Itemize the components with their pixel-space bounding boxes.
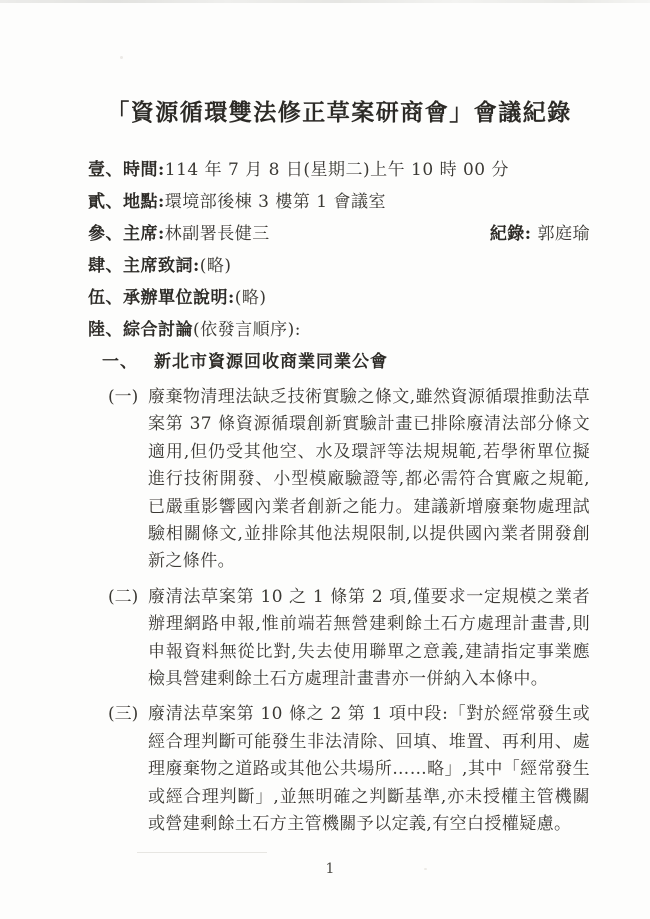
paragraph-item-2: (二) 廢清法草案第 10 之 1 條第 2 項,僅要求一定規模之業者辦理網路申… <box>88 584 590 694</box>
paragraph-item-1: (一) 廢棄物清理法缺乏技術實驗之條文,雖然資源循環推動法草案第 37 條資源循… <box>88 384 590 576</box>
paragraph-text: 廢清法草案第 10 條之 2 第 1 項中段:「對於經常發生或經合理判斷可能發生… <box>148 704 590 834</box>
section-heading-marker: 一、 <box>102 352 138 372</box>
scan-line-artifact <box>137 852 267 853</box>
section-heading: 一、新北市資源回收商業同業公會 <box>88 350 590 374</box>
document-content: 「資源循環雙法修正草案研商會」會議紀錄 壹、時間: 114 年 7 月 8 日(… <box>88 0 590 847</box>
paragraph-marker: (三) <box>108 701 138 728</box>
meta-value: 環境部後棟 3 樓第 1 會議室 <box>165 190 386 214</box>
section-heading-text: 新北市資源回收商業同業公會 <box>154 352 388 372</box>
scanned-document-page: 「資源循環雙法修正草案研商會」會議紀錄 壹、時間: 114 年 7 月 8 日(… <box>0 0 650 919</box>
meta-row-discussion: 陸、綜合討論 (依發言順序): <box>88 318 590 342</box>
meta-value: (略) <box>200 254 232 278</box>
discussion-paragraphs: (一) 廢棄物清理法缺乏技術實驗之條文,雖然資源循環推動法草案第 37 條資源循… <box>88 384 590 839</box>
paragraph-text: 廢棄物清理法缺乏技術實驗之條文,雖然資源循環推動法草案第 37 條資源循環創新實… <box>148 387 590 571</box>
meta-label: 貳、地點: <box>88 190 165 214</box>
paragraph-item-3: (三) 廢清法草案第 10 條之 2 第 1 項中段:「對於經常發生或經合理判斷… <box>88 701 590 838</box>
meta-section: 壹、時間: 114 年 7 月 8 日(星期二)上午 10 時 00 分 貳、地… <box>88 158 590 342</box>
page-title: 「資源循環雙法修正草案研商會」會議紀錄 <box>88 96 590 130</box>
meta-row-chair-remarks: 肆、主席致詞: (略) <box>88 254 590 278</box>
meta-value: 114 年 7 月 8 日(星期二)上午 10 時 00 分 <box>165 158 509 182</box>
meta-label: 壹、時間: <box>88 158 165 182</box>
paragraph-marker: (二) <box>108 584 138 611</box>
meta-label: 紀錄: <box>490 224 532 244</box>
meta-label: 伍、承辦單位說明: <box>88 286 235 310</box>
meta-row-time: 壹、時間: 114 年 7 月 8 日(星期二)上午 10 時 00 分 <box>88 158 590 182</box>
meta-row-chairperson: 參、主席: 林副署長健三 紀錄: 郭庭瑜 <box>88 222 590 246</box>
meta-value: 郭庭瑜 <box>538 224 591 244</box>
meta-label: 陸、綜合討論 <box>88 318 193 342</box>
meta-row-location: 貳、地點: 環境部後棟 3 樓第 1 會議室 <box>88 190 590 214</box>
meta-row-unit-briefing: 伍、承辦單位說明: (略) <box>88 286 590 310</box>
meta-value: 林副署長健三 <box>165 222 270 246</box>
meta-value: (依發言順序): <box>193 318 301 342</box>
meta-value: (略) <box>235 286 267 310</box>
meta-label: 肆、主席致詞: <box>88 254 200 278</box>
page-number: 1 <box>0 860 650 878</box>
meta-recorder: 紀錄: 郭庭瑜 <box>490 222 590 246</box>
paragraph-marker: (一) <box>108 384 138 411</box>
meta-label: 參、主席: <box>88 222 165 246</box>
paragraph-text: 廢清法草案第 10 之 1 條第 2 項,僅要求一定規模之業者辦理網路申報,惟前… <box>148 587 590 689</box>
